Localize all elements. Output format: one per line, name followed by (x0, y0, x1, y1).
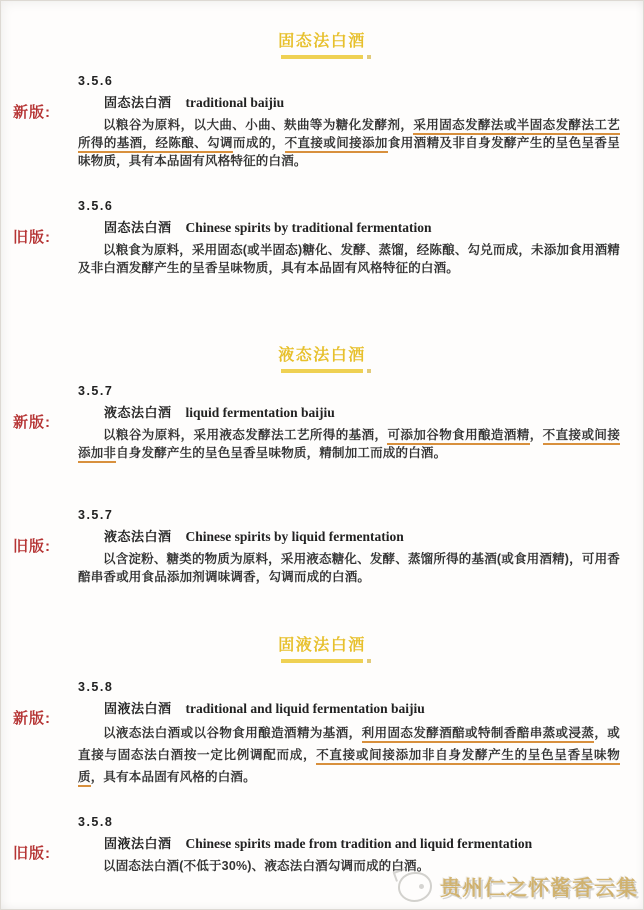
clause-title-en: liquid fermentation baijiu (186, 405, 335, 420)
section-title: 固液法白酒 (278, 632, 366, 655)
version-label-old: 旧版: (13, 842, 51, 863)
clause-number: 3.5.7 (78, 508, 620, 522)
clause-title-en: Chinese spirits made from tradition and … (186, 836, 533, 851)
body-text: 以粮谷为原料，以大曲、小曲、麸曲等为糖化发酵剂， (103, 118, 413, 132)
body-text: 以液态法白酒或以谷物食用酿造酒精为基酒， (103, 726, 362, 740)
clause-title: 固液法白酒traditional and liquid fermentation… (78, 698, 620, 718)
clause-title-cn: 液态法白酒 (104, 529, 172, 544)
version-label-old: 旧版: (13, 226, 51, 247)
clause-block-old-357: 旧版: 3.5.7 液态法白酒Chinese spirits by liquid… (0, 508, 644, 586)
clause-body: 以含淀粉、糖类的物质为原料，采用液态糖化、发酵、蒸馏所得的基酒(或食用酒精)，可… (78, 550, 620, 586)
body-text: ， (530, 428, 543, 442)
header-dot (367, 659, 371, 663)
section-header-solid-liquid: 固液法白酒 (0, 632, 644, 663)
section-title: 液态法白酒 (278, 342, 366, 365)
clause-body: 以粮谷为原料，以大曲、小曲、麸曲等为糖化发酵剂，采用固态发酵法或半固态发酵法工艺… (78, 116, 620, 170)
clause-title-en: traditional and liquid fermentation baij… (186, 701, 425, 716)
clause-block-old-356: 旧版: 3.5.6 固态法白酒Chinese spirits by tradit… (0, 199, 644, 277)
clause-title-cn: 固液法白酒 (104, 701, 172, 716)
version-label-new: 新版: (13, 707, 51, 728)
clause-title-en: traditional baijiu (186, 95, 285, 110)
header-underline (281, 369, 363, 373)
body-text: 以固态法白酒(不低于30%)、液态法白酒勾调而成的白酒。 (103, 859, 429, 873)
body-text: 以粮食为原料，采用固态(或半固态)糖化、发酵、蒸馏，经陈酿、勾兑而成，未添加食用… (78, 243, 620, 275)
clause-title-en: Chinese spirits by traditional fermentat… (186, 220, 432, 235)
version-label-old: 旧版: (13, 535, 51, 556)
header-underline (281, 55, 363, 59)
clause-number: 3.5.7 (78, 384, 620, 398)
clause-title-cn: 固态法白酒 (104, 95, 172, 110)
body-text: 以含淀粉、糖类的物质为原料，采用液态糖化、发酵、蒸馏所得的基酒(或食用酒精)，可… (78, 552, 620, 584)
clause-block-new-357: 新版: 3.5.7 液态法白酒liquid fermentation baiji… (0, 384, 644, 462)
header-dot (367, 55, 371, 59)
underlined-text: 可添加谷物食用酿造酒精 (387, 428, 529, 445)
clause-number: 3.5.6 (78, 199, 620, 213)
clause-title: 固液法白酒Chinese spirits made from tradition… (78, 833, 620, 853)
section-title: 固态法白酒 (278, 28, 366, 51)
header-dot (367, 369, 371, 373)
round-logo-icon (398, 872, 432, 902)
header-underline (281, 659, 363, 663)
body-text: 而成的， (233, 136, 285, 150)
clause-title: 固态法白酒traditional baijiu (78, 92, 620, 112)
watermark-text: 贵州仁之怀酱香云集 (440, 872, 638, 902)
clause-number: 3.5.8 (78, 680, 620, 694)
body-text: 自身发酵产生的呈色呈香呈味物质，精制加工而成的白酒。 (116, 446, 446, 460)
clause-body: 以粮谷为原料，采用液态发酵法工艺所得的基酒，可添加谷物食用酿造酒精，不直接或间接… (78, 426, 620, 462)
clause-number: 3.5.8 (78, 815, 620, 829)
underlined-text: 利用固态发酵酒醅或特制香醅串蒸或浸蒸 (362, 726, 595, 743)
clause-title-cn: 固态法白酒 (104, 220, 172, 235)
clause-title: 液态法白酒liquid fermentation baijiu (78, 402, 620, 422)
clause-block-old-358: 旧版: 3.5.8 固液法白酒Chinese spirits made from… (0, 815, 644, 875)
clause-title-cn: 固液法白酒 (104, 836, 172, 851)
clause-title: 液态法白酒Chinese spirits by liquid fermentat… (78, 526, 620, 546)
clause-title-en: Chinese spirits by liquid fermentation (186, 529, 404, 544)
body-text: ，具有本品固有风格的白酒。 (91, 770, 256, 784)
clause-title: 固态法白酒Chinese spirits by traditional ferm… (78, 217, 620, 237)
section-header-solid-state: 固态法白酒 (0, 28, 644, 59)
version-label-new: 新版: (13, 411, 51, 432)
clause-body: 以粮食为原料，采用固态(或半固态)糖化、发酵、蒸馏，经陈酿、勾兑而成，未添加食用… (78, 241, 620, 277)
watermark: 贵州仁之怀酱香云集 (398, 872, 638, 902)
clause-body: 以液态法白酒或以谷物食用酿造酒精为基酒，利用固态发酵酒醅或特制香醅串蒸或浸蒸，或… (78, 722, 620, 788)
clause-block-new-356: 新版: 3.5.6 固态法白酒traditional baijiu 以粮谷为原料… (0, 74, 644, 170)
document-page: 固态法白酒 新版: 3.5.6 固态法白酒traditional baijiu … (0, 0, 644, 910)
version-label-new: 新版: (13, 101, 51, 122)
section-header-liquid: 液态法白酒 (0, 342, 644, 373)
underlined-text: 不直接或间接添加 (285, 136, 388, 153)
body-text: 以粮谷为原料，采用液态发酵法工艺所得的基酒， (103, 428, 387, 442)
clause-block-new-358: 新版: 3.5.8 固液法白酒traditional and liquid fe… (0, 680, 644, 788)
clause-title-cn: 液态法白酒 (104, 405, 172, 420)
clause-number: 3.5.6 (78, 74, 620, 88)
